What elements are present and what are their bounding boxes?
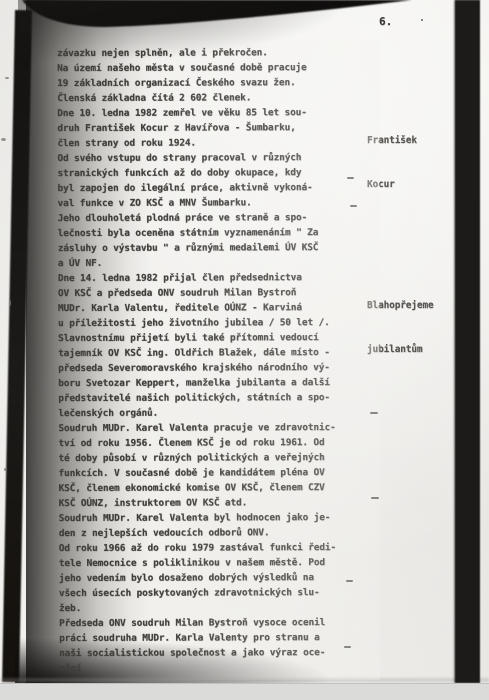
text-line: Soudruh MUDr. Karel Valenta pracuje ve z… (58, 420, 368, 436)
text-line: žeb. (59, 600, 369, 616)
noise-speck (5, 77, 9, 79)
text-line: 19 základních organizací Českého svazu ž… (57, 75, 367, 91)
text-line: člen strany od roku 1924. (57, 135, 367, 151)
pencil-tick-mark (344, 646, 351, 648)
text-line: tví od roku 1956. Členem KSČ je od roku … (58, 435, 368, 451)
margin-note-blahoprejeme-jubilantum: Blahopřejeme jubilantům (367, 270, 457, 386)
margin-note-frantisek-kocur: František Kocur (367, 105, 457, 221)
text-line: té doby působí v různých politických a v… (58, 450, 368, 466)
text-line: funkcích. V současné době je kandidátem … (58, 465, 368, 481)
text-line: stranických funkcích až do doby okupace,… (57, 165, 367, 181)
margin-note-line: Kocur (367, 178, 457, 193)
text-line: Dne 10. ledna 1982 zemřel ve věku 85 let… (57, 105, 367, 121)
noise-speck (421, 19, 423, 21)
text-line: nění (59, 660, 369, 676)
pencil-tick-mark (350, 205, 357, 207)
text-line: lečnosti byla oceněna státním vyznamenán… (58, 225, 368, 241)
text-line: předseda Severomoravského krajského náro… (58, 360, 368, 376)
margin-note-line: František (367, 134, 457, 149)
margin-note-line: Blahopřejeme (367, 299, 457, 314)
text-line: Slavnostnímu přijetí byli také přítomni … (58, 330, 368, 346)
text-line: boru Svetozar Keppert, manželka jubilant… (58, 375, 368, 391)
page-bottom-edge (0, 678, 489, 682)
text-line: tele Nemocnice s poliklinikou v našem mě… (59, 555, 369, 571)
text-line: Soudruh MUDr. Karel Valenta byl hodnocen… (59, 510, 369, 526)
text-line: a ÚV NF. (58, 255, 368, 271)
text-line: Na území našeho města v současné době pr… (57, 60, 367, 76)
pencil-tick-mark (347, 177, 354, 179)
text-line: práci soudruha MUDr. Karla Valenty pro s… (59, 630, 369, 646)
noise-speck (1, 138, 6, 141)
pencil-tick-mark (371, 497, 379, 499)
text-line: zásluhy o výstavbu " a různými medailemi… (58, 240, 368, 256)
document-body: závazku nejen splněn, ale i překročen.Na… (57, 45, 369, 676)
text-line: Dne 14. ledna 1982 přijal člen předsedni… (58, 270, 368, 286)
text-line: představitelé našich politických, státní… (58, 390, 368, 406)
text-line: Od roku 1966 až do roku 1979 zastával fu… (59, 540, 369, 556)
pencil-tick-mark (346, 580, 353, 582)
text-line: Od svého vstupu do strany pracoval v růz… (57, 150, 367, 166)
text-line: Předseda ONV soudruh Milan Bystroň vysoc… (59, 615, 369, 631)
text-line: Členská základna čítá 2 602 členek. (57, 90, 367, 106)
text-line: den z nejlepších vedoucích odborů ONV. (59, 525, 369, 541)
text-line: OV KSČ a předseda ONV soudruh Milan Byst… (58, 285, 368, 301)
text-line: lečenských orgánů. (58, 405, 368, 421)
noise-speck (9, 300, 11, 306)
text-line: val funkce v ZO KSČ a MNV Šumbarku. (58, 195, 368, 211)
page-number: 6. (379, 15, 392, 28)
noise-speck (4, 468, 7, 471)
text-line: všech úsecích poskytovaných zdravotnický… (59, 585, 369, 601)
text-line: MUDr. Karla Valentu, ředitele OÚNZ - Kar… (58, 300, 368, 316)
text-line: jeho vedením bylo dosaženo dobrých výsle… (59, 570, 369, 586)
text-line: tajemník OV KSČ ing. Oldřich Blažek, dál… (58, 345, 368, 361)
text-line: Jeho dlouholetá plodná práce ve straně a… (58, 210, 368, 226)
text-line: KSČ OÚNZ, instruktorem OV KSČ atd. (59, 495, 369, 511)
text-line: závazku nejen splněn, ale i překročen. (57, 45, 367, 61)
scanner-bed (0, 683, 489, 700)
text-line: byl zapojen do ilegální práce, aktivně v… (57, 180, 367, 196)
pencil-tick-mark (370, 412, 378, 414)
scanned-document-page: 6. závazku nejen splněn, ale i překročen… (0, 0, 489, 700)
text-line: u příležitosti jeho životního jubilea / … (58, 315, 368, 331)
text-line: druh František Kocur z Havířova - Šumbar… (57, 120, 367, 136)
text-line: naši socialistickou společnost a jako vý… (59, 645, 369, 661)
text-line: KSČ, členem ekonomické komise OV KSČ, čl… (59, 480, 369, 496)
margin-note-line: jubilantům (367, 343, 457, 358)
right-scan-border (455, 0, 480, 683)
